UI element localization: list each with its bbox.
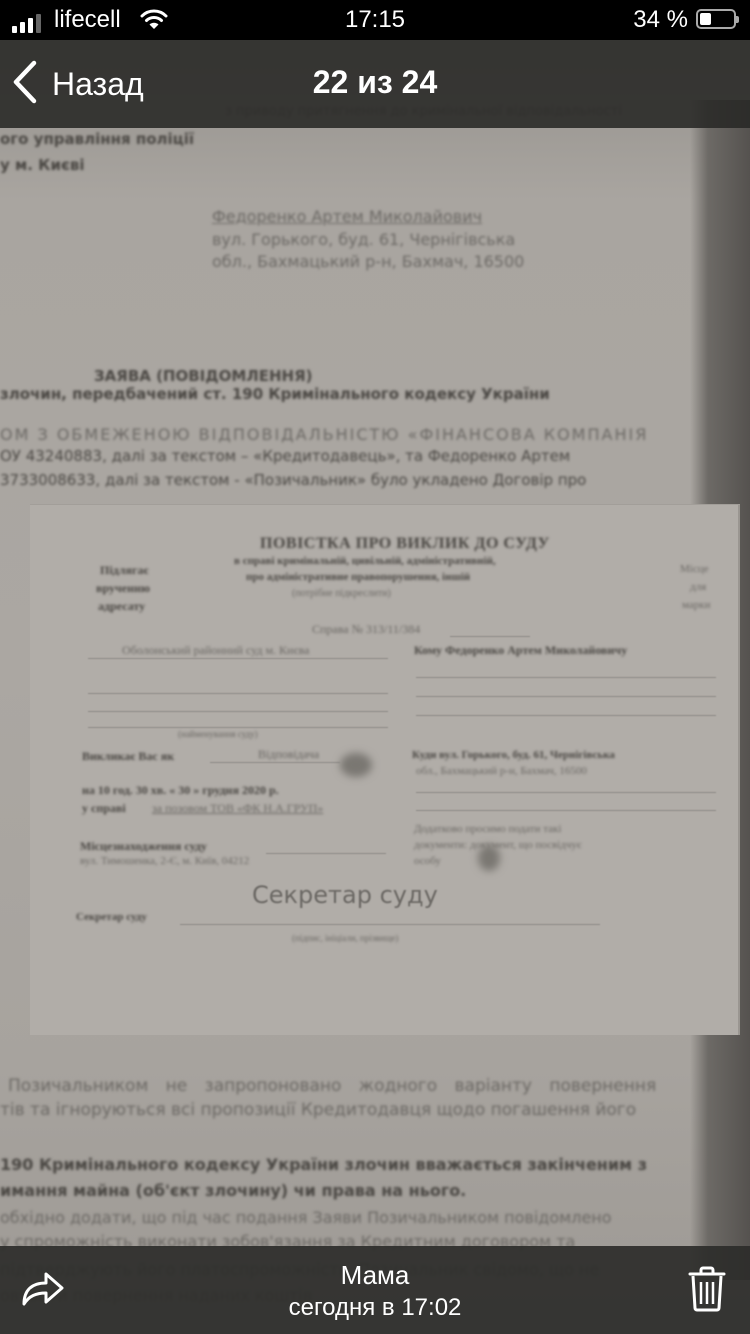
trash-icon	[688, 1299, 726, 1316]
redaction-blur	[478, 845, 500, 871]
court-summons-notice: ПОВІСТКА ПРО ВИКЛИК ДО СУДУ в справі кри…	[30, 505, 740, 1035]
redaction-blur	[340, 753, 372, 777]
navigation-bar: Назад 22 из 24	[0, 40, 750, 128]
appointment-time: на 10 год. 30 хв. « 30 » грудня 2020 р.	[82, 783, 279, 798]
summons-to-whom: Кому Федоренко Артем Миколайовичу	[414, 643, 627, 658]
doc-addressee-line: вул. Горького, буд. 61, Чернігівська	[212, 230, 515, 249]
summons-subtitle-hint: (потрібне підкреслити)	[292, 588, 391, 599]
court-location-label: Місцезнаходження суду	[80, 839, 207, 854]
stamp-place-note: Місце	[680, 563, 709, 575]
photo-viewer[interactable]: з приводу притягнення до кримінальної ві…	[0, 0, 750, 1334]
deliver-note: адресату	[98, 599, 145, 614]
doc-statement-title: ЗАЯВА (ПОВІДОМЛЕННЯ)	[94, 367, 313, 385]
court-hint: (найменування суду)	[178, 729, 258, 739]
deliver-note: Підлягає	[100, 563, 149, 578]
doc-body-line: ОУ 43240883, далі за текстом – «Кредитод…	[0, 447, 570, 465]
doc-tail-line: обхідно додати, що під час подання Заяви…	[0, 1208, 612, 1227]
delete-button[interactable]	[688, 1266, 726, 1317]
photo-counter-title: 22 из 24	[0, 64, 750, 101]
extra-docs: документи: документ, що посвідчує	[414, 839, 582, 851]
doc-law-line: имання майна (об'єкт злочину) чи права н…	[0, 1181, 466, 1200]
court-name: Оболонський районний суд м. Києва	[122, 643, 309, 658]
secretary-stamp: Секретар суду	[252, 881, 438, 909]
doc-continuation: Позичальником не запропоновано жодного в…	[8, 1076, 656, 1096]
called-as-label: Викликає Вас як	[82, 749, 174, 764]
deliver-note: врученню	[96, 581, 150, 596]
doc-body-line: 3733008633, далі за текстом - «Позичальн…	[0, 471, 586, 489]
extra-docs: Додатково просимо подати такі	[414, 823, 561, 835]
stamp-place-note: для	[690, 581, 706, 593]
summons-subtitle: в справі кримінальній, цивільній, адміні…	[234, 555, 496, 567]
case-number: Справа № 313/11/384	[312, 622, 420, 637]
doc-law-line: 190 Кримінального кодексу України злочин…	[0, 1155, 647, 1174]
called-as-value: Відповідача	[258, 747, 319, 762]
address-to: обл., Бахмацький р-н, Бахмач, 16500	[416, 765, 587, 777]
doc-recipient-line: ого управління поліції	[0, 130, 194, 148]
doc-body-line: ОМ З ОБМЕЖЕНОЮ ВІДПОВІДАЛЬНІСТЮ «ФІНАНСО…	[0, 425, 648, 444]
doc-continuation: тів та ігноруються всі пропозиції Кредит…	[0, 1100, 636, 1120]
doc-addressee-line: Федоренко Артем Миколайович	[212, 207, 482, 226]
case-value: за позовом ТОВ «ФК Н.А.ГРУП»	[152, 801, 323, 816]
sender-name: Мама	[0, 1260, 750, 1291]
stamp-place-note: марки	[682, 599, 711, 611]
secretary-label: Секретар суду	[76, 911, 147, 923]
battery-percent: 34 %	[633, 6, 688, 34]
status-bar: lifecell 17:15 34 %	[0, 0, 750, 40]
summons-title: ПОВІСТКА ПРО ВИКЛИК ДО СУДУ	[260, 535, 550, 553]
sent-date: сегодня в 17:02	[0, 1294, 750, 1322]
bottom-toolbar: Мама сегодня в 17:02	[0, 1246, 750, 1334]
address-to: Куди вул. Горького, буд. 61, Чернігівськ…	[412, 749, 615, 761]
summons-subtitle: про адміністративне правопорушення, інші…	[246, 571, 470, 583]
doc-statement-subtitle: злочин, передбачений ст. 190 Кримінально…	[0, 385, 550, 403]
doc-addressee-line: обл., Бахмацький р-н, Бахмач, 16500	[212, 252, 524, 271]
battery-icon	[696, 9, 736, 29]
battery-level	[700, 13, 711, 25]
court-location-value: вул. Тимошенка, 2-Є, м. Київ, 04212	[80, 855, 249, 867]
extra-docs: особу	[414, 855, 441, 867]
secretary-hint: (підпис, ініціали, прізвище)	[292, 933, 398, 943]
case-label: у справі	[82, 801, 126, 816]
doc-recipient-line: у м. Києві	[0, 156, 84, 174]
